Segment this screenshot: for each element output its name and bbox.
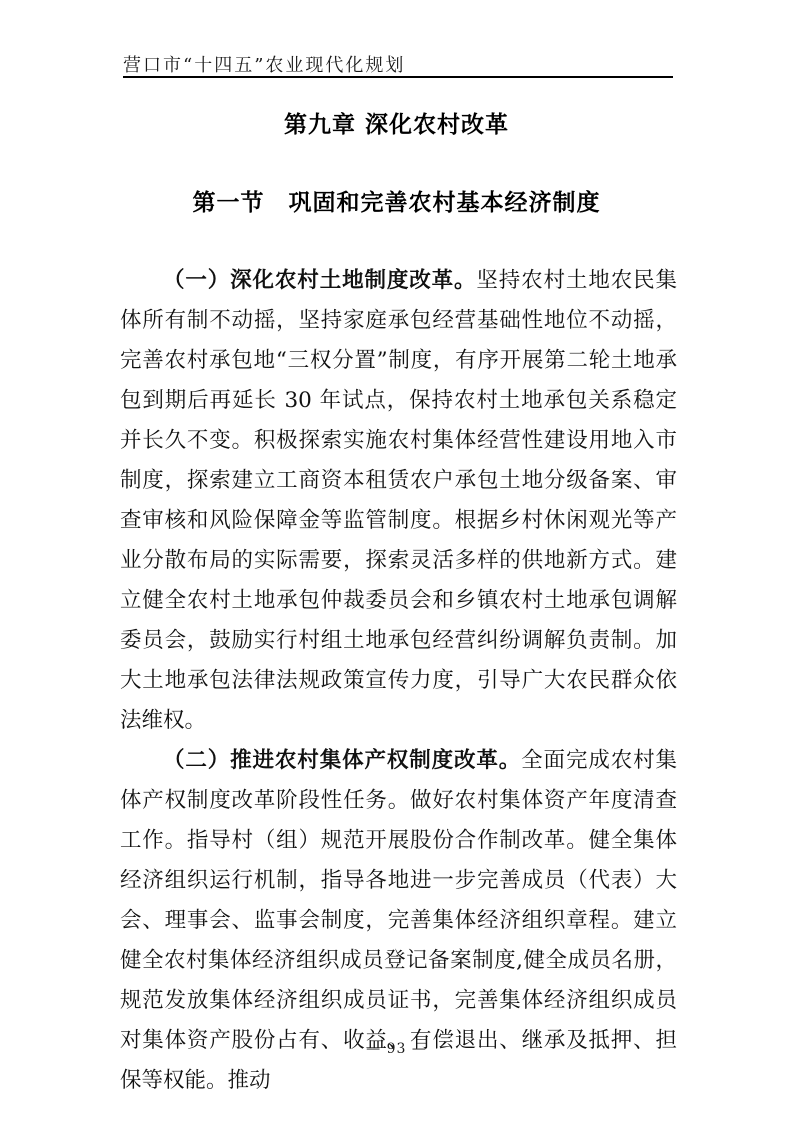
body-text: （一）深化农村土地制度改革。坚持农村土地农民集体所有制不动摇，坚持家庭承包经营基… [120,261,677,1101]
chapter-title: 第九章 深化农村改革 [0,106,793,139]
paragraph-1: （一）深化农村土地制度改革。坚持农村土地农民集体所有制不动摇，坚持家庭承包经营基… [120,261,677,741]
section-title: 第一节 巩固和完善农村基本经济制度 [0,184,793,217]
running-head: 营口市“十四五”农业现代化规划 [123,51,405,77]
paragraph-1-lead: （一）深化农村土地制度改革。 [163,268,476,293]
document-page: 营口市“十四五”农业现代化规划 第九章 深化农村改革 第一节 巩固和完善农村基本… [0,0,793,1122]
paragraph-2-lead: （二）推进农村集体产权制度改革。 [163,748,521,773]
paragraph-1-body: 坚持农村土地农民集体所有制不动摇，坚持家庭承包经营基础性地位不动摇，完善农村承包… [120,268,677,733]
page-number: — 93 — [0,1041,793,1057]
header-rule [123,76,673,78]
